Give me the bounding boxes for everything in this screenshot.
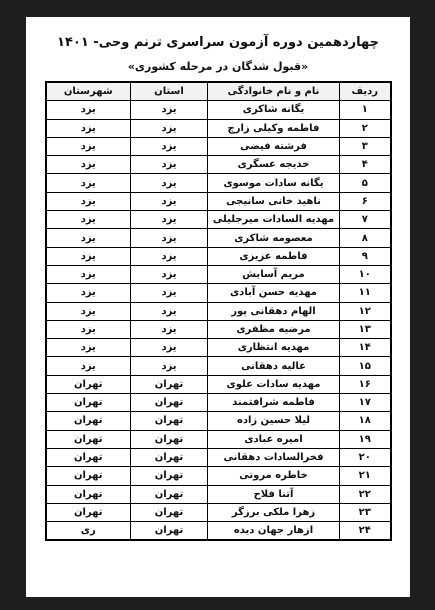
table-row: ۱۲ الهام دهقانی پور یزد یزد bbox=[46, 302, 391, 320]
cell-row-number: ۴ bbox=[340, 156, 391, 174]
cell-province: تهران bbox=[131, 485, 208, 503]
cell-province: یزد bbox=[131, 211, 208, 229]
cell-province: تهران bbox=[131, 503, 208, 521]
cell-row-number: ۲۱ bbox=[340, 467, 391, 485]
cell-province: تهران bbox=[131, 412, 208, 430]
cell-row-number: ۲۰ bbox=[340, 448, 391, 466]
column-header-province: استان bbox=[131, 82, 208, 101]
cell-county: تهران bbox=[46, 448, 131, 466]
cell-row-number: ۲۳ bbox=[340, 503, 391, 521]
cell-row-number: ۱۴ bbox=[340, 339, 391, 357]
cell-province: یزد bbox=[131, 284, 208, 302]
cell-row-number: ۱۹ bbox=[340, 430, 391, 448]
document-page: چهاردهمین دوره آزمون سراسری ترنم وحی- ۱۴… bbox=[26, 17, 410, 597]
cell-row-number: ۱۶ bbox=[340, 375, 391, 393]
table-row: ۹ فاطمه عزیزی یزد یزد bbox=[46, 247, 391, 265]
cell-province: تهران bbox=[131, 522, 208, 541]
cell-full-name: مرضیه مظفری bbox=[208, 320, 340, 338]
page-subtitle: «قبول شدگان در مرحله کشوری» bbox=[26, 60, 410, 73]
cell-county: یزد bbox=[46, 211, 131, 229]
cell-province: یزد bbox=[131, 174, 208, 192]
table-row: ۱۵ عالیه دهقانی یزد یزد bbox=[46, 357, 391, 375]
cell-full-name: فرشته فیضی bbox=[208, 137, 340, 155]
table-row: ۲۰ فخرالسادات دهقانی تهران تهران bbox=[46, 448, 391, 466]
cell-row-number: ۷ bbox=[340, 211, 391, 229]
table-row: ۲۲ آتنا فلاح تهران تهران bbox=[46, 485, 391, 503]
cell-county: یزد bbox=[46, 265, 131, 283]
cell-county: یزد bbox=[46, 229, 131, 247]
table-row: ۱۱ مهدیه حسن آبادی یزد یزد bbox=[46, 284, 391, 302]
cell-full-name: مهدیه حسن آبادی bbox=[208, 284, 340, 302]
cell-full-name: امیره عبادی bbox=[208, 430, 340, 448]
cell-row-number: ۶ bbox=[340, 192, 391, 210]
cell-province: تهران bbox=[131, 394, 208, 412]
cell-full-name: یگانه شاکری bbox=[208, 101, 340, 119]
cell-province: تهران bbox=[131, 375, 208, 393]
cell-full-name: مهدیه سادات علوی bbox=[208, 375, 340, 393]
cell-county: ری bbox=[46, 522, 131, 541]
cell-county: یزد bbox=[46, 137, 131, 155]
cell-full-name: مهدیه السادات میرجلیلی bbox=[208, 211, 340, 229]
cell-full-name: عالیه دهقانی bbox=[208, 357, 340, 375]
table-row: ۱۳ مرضیه مظفری یزد یزد bbox=[46, 320, 391, 338]
cell-province: یزد bbox=[131, 339, 208, 357]
cell-province: یزد bbox=[131, 156, 208, 174]
cell-province: یزد bbox=[131, 265, 208, 283]
cell-row-number: ۸ bbox=[340, 229, 391, 247]
cell-row-number: ۱۱ bbox=[340, 284, 391, 302]
cell-row-number: ۲ bbox=[340, 119, 391, 137]
cell-full-name: معصومه شاکری bbox=[208, 229, 340, 247]
cell-province: یزد bbox=[131, 229, 208, 247]
cell-row-number: ۳ bbox=[340, 137, 391, 155]
cell-province: تهران bbox=[131, 448, 208, 466]
cell-county: تهران bbox=[46, 503, 131, 521]
table-row: ۱۶ مهدیه سادات علوی تهران تهران bbox=[46, 375, 391, 393]
document-backdrop: { "page": { "title": "چهاردهمین دوره آزم… bbox=[0, 0, 435, 610]
cell-full-name: لیلا حسین زاده bbox=[208, 412, 340, 430]
cell-province: تهران bbox=[131, 467, 208, 485]
table-row: ۲۴ ازهار جهان دیده تهران ری bbox=[46, 522, 391, 541]
cell-province: یزد bbox=[131, 119, 208, 137]
cell-row-number: ۱۵ bbox=[340, 357, 391, 375]
cell-full-name: فاطمه شرافتمند bbox=[208, 394, 340, 412]
column-header-county: شهرستان bbox=[46, 82, 131, 101]
cell-row-number: ۱۰ bbox=[340, 265, 391, 283]
cell-province: یزد bbox=[131, 101, 208, 119]
cell-full-name: ازهار جهان دیده bbox=[208, 522, 340, 541]
table-row: ۱۸ لیلا حسین زاده تهران تهران bbox=[46, 412, 391, 430]
table-row: ۱۹ امیره عبادی تهران تهران bbox=[46, 430, 391, 448]
cell-full-name: فخرالسادات دهقانی bbox=[208, 448, 340, 466]
cell-row-number: ۲۲ bbox=[340, 485, 391, 503]
cell-full-name: زهرا ملکی برزگر bbox=[208, 503, 340, 521]
cell-province: یزد bbox=[131, 357, 208, 375]
cell-county: تهران bbox=[46, 394, 131, 412]
cell-full-name: مهدیه انتظاری bbox=[208, 339, 340, 357]
cell-row-number: ۹ bbox=[340, 247, 391, 265]
cell-province: یزد bbox=[131, 137, 208, 155]
table-row: ۱۰ مریم آسایش یزد یزد bbox=[46, 265, 391, 283]
cell-province: یزد bbox=[131, 192, 208, 210]
table-row: ۲۳ زهرا ملکی برزگر تهران تهران bbox=[46, 503, 391, 521]
cell-county: یزد bbox=[46, 247, 131, 265]
column-header-row-number: ردیف bbox=[340, 82, 391, 101]
cell-row-number: ۱۷ bbox=[340, 394, 391, 412]
cell-full-name: خاطره مروتی bbox=[208, 467, 340, 485]
table-row: ۱۴ مهدیه انتظاری یزد یزد bbox=[46, 339, 391, 357]
cell-row-number: ۱۲ bbox=[340, 302, 391, 320]
column-header-full-name: نام و نام خانوادگی bbox=[208, 82, 340, 101]
table-body: ۱ یگانه شاکری یزد یزد ۲ فاطمه وکیلی زارچ… bbox=[46, 101, 391, 541]
cell-row-number: ۱ bbox=[340, 101, 391, 119]
table-row: ۱۷ فاطمه شرافتمند تهران تهران bbox=[46, 394, 391, 412]
cell-full-name: فاطمه عزیزی bbox=[208, 247, 340, 265]
results-table: ردیف نام و نام خانوادگی استان شهرستان ۱ … bbox=[45, 81, 392, 541]
cell-county: یزد bbox=[46, 192, 131, 210]
cell-full-name: الهام دهقانی پور bbox=[208, 302, 340, 320]
cell-row-number: ۱۳ bbox=[340, 320, 391, 338]
table-row: ۱ یگانه شاکری یزد یزد bbox=[46, 101, 391, 119]
cell-county: یزد bbox=[46, 302, 131, 320]
table-row: ۴ خدیجه عسگری یزد یزد bbox=[46, 156, 391, 174]
cell-county: یزد bbox=[46, 320, 131, 338]
table-row: ۷ مهدیه السادات میرجلیلی یزد یزد bbox=[46, 211, 391, 229]
cell-county: تهران bbox=[46, 375, 131, 393]
cell-county: یزد bbox=[46, 339, 131, 357]
cell-province: تهران bbox=[131, 430, 208, 448]
cell-county: یزد bbox=[46, 119, 131, 137]
page-title: چهاردهمین دوره آزمون سراسری ترنم وحی- ۱۴… bbox=[26, 35, 410, 50]
cell-county: تهران bbox=[46, 467, 131, 485]
table-row: ۲ فاطمه وکیلی زارچ یزد یزد bbox=[46, 119, 391, 137]
cell-county: تهران bbox=[46, 485, 131, 503]
cell-county: تهران bbox=[46, 430, 131, 448]
cell-row-number: ۲۴ bbox=[340, 522, 391, 541]
table-row: ۲۱ خاطره مروتی تهران تهران bbox=[46, 467, 391, 485]
cell-full-name: ناهید خانی سانیجی bbox=[208, 192, 340, 210]
cell-county: یزد bbox=[46, 284, 131, 302]
table-row: ۶ ناهید خانی سانیجی یزد یزد bbox=[46, 192, 391, 210]
cell-province: یزد bbox=[131, 247, 208, 265]
cell-full-name: مریم آسایش bbox=[208, 265, 340, 283]
cell-county: یزد bbox=[46, 357, 131, 375]
cell-row-number: ۱۸ bbox=[340, 412, 391, 430]
cell-province: یزد bbox=[131, 320, 208, 338]
cell-full-name: یگانه سادات موسوی bbox=[208, 174, 340, 192]
table-row: ۳ فرشته فیضی یزد یزد bbox=[46, 137, 391, 155]
table-row: ۸ معصومه شاکری یزد یزد bbox=[46, 229, 391, 247]
cell-full-name: خدیجه عسگری bbox=[208, 156, 340, 174]
cell-full-name: آتنا فلاح bbox=[208, 485, 340, 503]
cell-full-name: فاطمه وکیلی زارچ bbox=[208, 119, 340, 137]
cell-county: یزد bbox=[46, 156, 131, 174]
table-header-row: ردیف نام و نام خانوادگی استان شهرستان bbox=[46, 82, 391, 101]
table-row: ۵ یگانه سادات موسوی یزد یزد bbox=[46, 174, 391, 192]
cell-county: یزد bbox=[46, 174, 131, 192]
cell-county: یزد bbox=[46, 101, 131, 119]
cell-province: یزد bbox=[131, 302, 208, 320]
cell-county: تهران bbox=[46, 412, 131, 430]
cell-row-number: ۵ bbox=[340, 174, 391, 192]
